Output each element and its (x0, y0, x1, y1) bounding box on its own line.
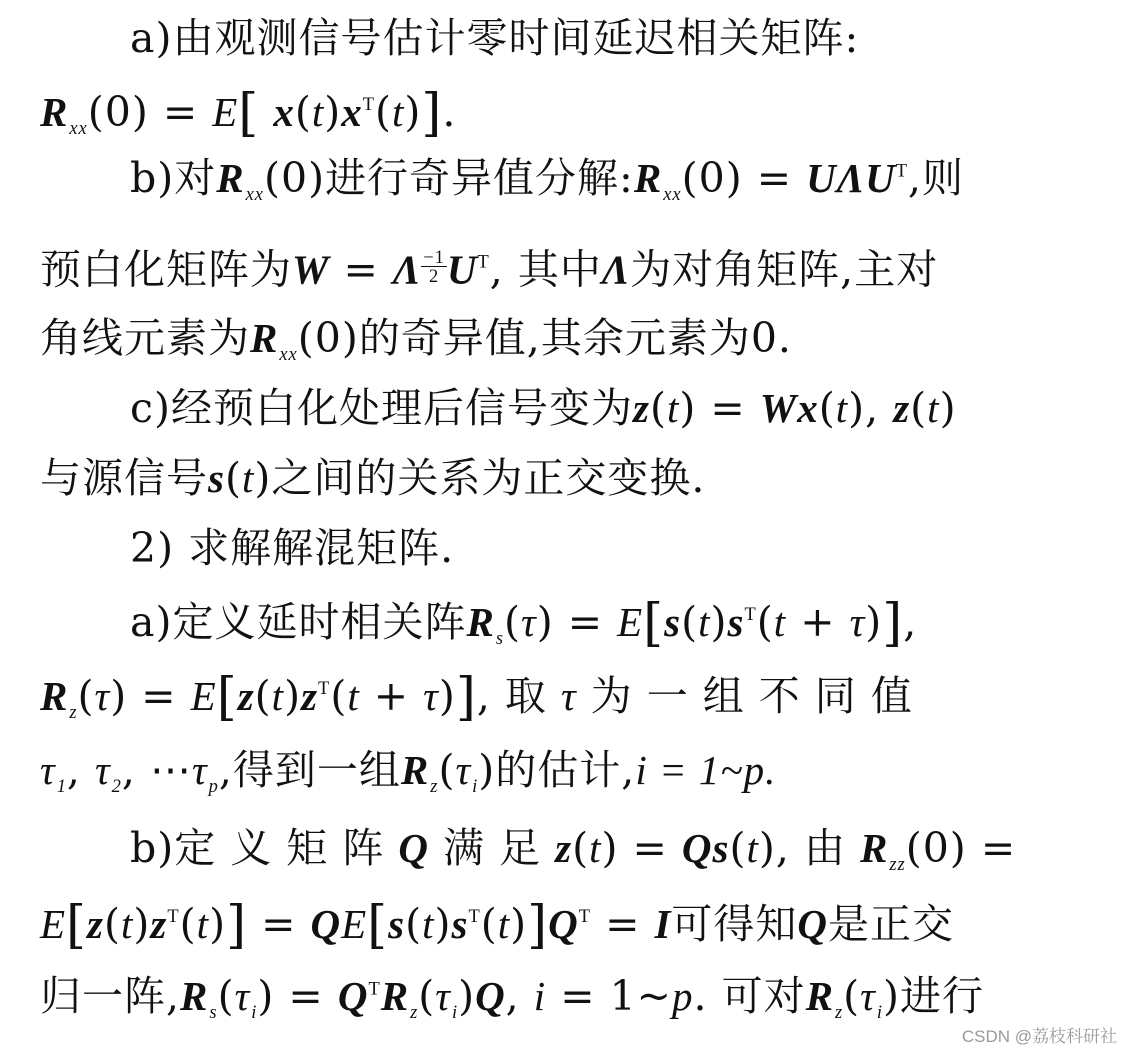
text: b)对 (130, 154, 216, 202)
para-b1-line1: b)对Rxx(0)进行奇异值分解:Rxx(0) = UΛUT,则 (130, 158, 1051, 204)
text: 与源信号 (40, 454, 208, 502)
text: 是正交 (828, 900, 954, 948)
para-b1-line3: 角线元素为Rxx(0)的奇异值,其余元素为0. (40, 318, 1051, 364)
para-b2-line2: E[z(t)zT(t)] = QE[s(t)sT(t)]QT = I可得知Q是正… (40, 900, 1051, 951)
text: a)定义延时相关阵 (130, 598, 466, 646)
text: , 取 (477, 672, 561, 720)
text: b)定 义 矩 阵 (130, 824, 398, 872)
text: 为 一 组 不 同 值 (577, 672, 913, 720)
para-b2-line1: b)定 义 矩 阵 Q 满 足 z(t) = Qs(t), 由 Rzz(0) = (130, 828, 1051, 874)
text: a)由观测信号估计零时间延迟相关矩阵: (130, 14, 859, 62)
text: ,得到一组 (219, 746, 401, 794)
para-a1-line1: a)由观测信号估计零时间延迟相关矩阵: (130, 18, 1051, 59)
text: 进行奇异值分解: (325, 154, 634, 202)
text: i = 1~p. (635, 747, 776, 793)
text: , 由 (776, 824, 860, 872)
para-a2-line2: Rz(τ) = E[z(t)zT(t + τ)], 取 τ 为 一 组 不 同 … (40, 672, 1051, 723)
text: 归一阵, (40, 972, 180, 1020)
text: 预白化矩阵为 (40, 245, 292, 293)
para-a2-line1: a)定义延时相关阵Rs(τ) = E[s(t)sT(t + τ)], (130, 598, 1051, 649)
text: , 其中 (490, 245, 602, 293)
text: ,则 (908, 154, 964, 202)
para-a1-line2: Rxx(0) = E[ x(t)xT(t)]. (40, 88, 1051, 139)
step2-heading: 2) 求解解混矩阵. (130, 528, 1051, 569)
text: 可得知 (671, 900, 797, 948)
text: 满 足 (429, 824, 555, 872)
para-b1-line2: 预白化矩阵为W = Λ−12UT, 其中Λ为对角矩阵,主对 (40, 248, 1051, 290)
para-b2-line3: 归一阵,Rs(τi) = QTRz(τi)Q, i = 1~p. 可对Rz(τi… (40, 976, 1051, 1022)
text: 角线元素为 (40, 314, 250, 362)
text: c)经预白化处理后信号变为 (130, 384, 633, 432)
text: 2) 求解解混矩阵. (130, 524, 454, 572)
para-a2-line3: τ1, τ2, ⋯τp,得到一组Rz(τi)的估计,i = 1~p. (40, 750, 1051, 796)
para-c1-line1: c)经预白化处理后信号变为z(t) = Wx(t), z(t) (130, 388, 1051, 429)
text: 之间的关系为正交变换. (271, 454, 705, 502)
watermark: CSDN @荔枝科研社 (962, 1022, 1117, 1047)
para-c1-line2: 与源信号s(t)之间的关系为正交变换. (40, 458, 1051, 499)
text: 可对 (722, 972, 806, 1020)
text: 的估计, (495, 746, 635, 794)
text: 的奇异值,其余元素为0. (359, 314, 792, 362)
text: 进行 (900, 972, 984, 1020)
text: 为对角矩阵,主对 (630, 245, 938, 293)
